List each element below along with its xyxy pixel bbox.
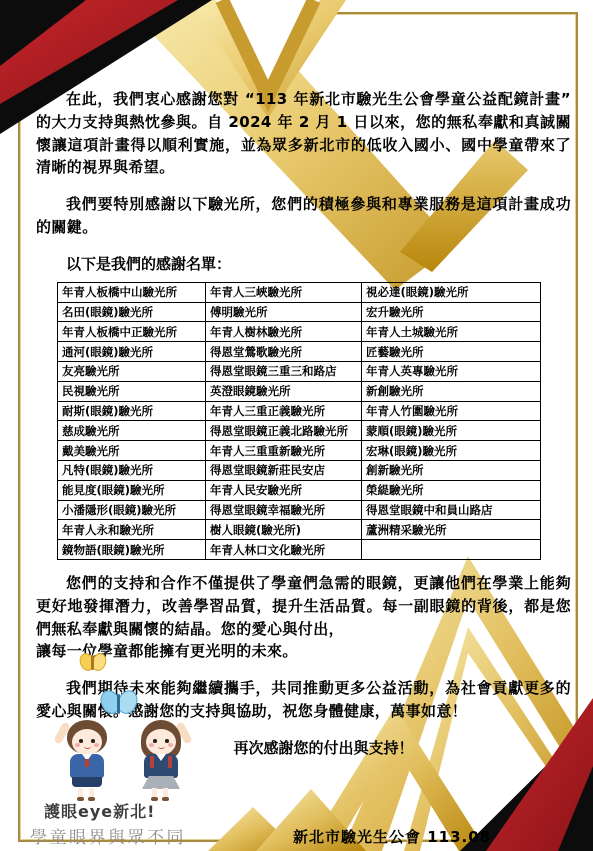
shop-name-cell: 英澄眼鏡驗光所 <box>206 381 362 401</box>
leg <box>78 788 83 797</box>
shop-name-cell: 年青人三重正義驗光所 <box>206 401 362 421</box>
shop-name-cell: 通河(眼鏡)驗光所 <box>58 342 206 362</box>
shop-name-cell: 匠藝驗光所 <box>362 342 541 362</box>
shop-name-cell: 年青人土城驗光所 <box>362 322 541 342</box>
shop-name-cell: 民視驗光所 <box>58 381 206 401</box>
collar <box>156 754 166 761</box>
backpack-strap <box>150 756 154 768</box>
blush <box>149 743 154 747</box>
girl-face <box>146 729 176 755</box>
shop-name-cell: 年青人林口文化驗光所 <box>206 540 362 560</box>
yellow-butterfly-icon <box>80 651 106 673</box>
boy-uniform <box>70 754 104 778</box>
shop-name-cell: 名田(眼鏡)驗光所 <box>58 302 206 322</box>
girl-uniform <box>144 754 178 778</box>
shop-name-cell: 得恩堂眼鏡正義北路驗光所 <box>206 421 362 441</box>
shop-name-cell: 戴美驗光所 <box>58 441 206 461</box>
thanks-list-intro: 以下是我們的感謝名單： <box>36 253 571 274</box>
paragraph-intro: 在此，我們衷心感謝您對 “113 年新北市驗光生公會學童公益配鏡計畫” 的大力支… <box>36 88 571 179</box>
association-signature: 新北市驗光生公會 113.08 <box>293 826 491 847</box>
shop-name-cell: 蘆洲精采驗光所 <box>362 520 541 540</box>
table-row: 友亮驗光所得恩堂眼鏡三重三和路店年青人英專驗光所 <box>58 361 541 381</box>
table-row: 通河(眼鏡)驗光所得恩堂鶯歌驗光所匠藝驗光所 <box>58 342 541 362</box>
mouth <box>158 744 165 749</box>
boy-shorts <box>72 777 102 787</box>
table-row: 年青人板橋中正驗光所年青人樹林驗光所年青人土城驗光所 <box>58 322 541 342</box>
shop-name-cell: 榮緹驗光所 <box>362 480 541 500</box>
shop-name-cell: 得恩堂眼鏡新莊民安店 <box>206 460 362 480</box>
table-row: 小潘隱形(眼鏡)驗光所得恩堂眼鏡幸福驗光所得恩堂眼鏡中和員山路店 <box>58 500 541 520</box>
shop-name-cell: 年青人板橋中山驗光所 <box>58 282 206 302</box>
shop-name-cell: 傅明驗光所 <box>206 302 362 322</box>
shop-name-cell: 年青人三重重新驗光所 <box>206 441 362 461</box>
shop-name-cell: 得恩堂眼鏡幸福驗光所 <box>206 500 362 520</box>
table-row: 民視驗光所英澄眼鏡驗光所新創驗光所 <box>58 381 541 401</box>
leg <box>152 788 157 797</box>
shop-name-cell: 小潘隱形(眼鏡)驗光所 <box>58 500 206 520</box>
shop-name-cell: 凡特(眼鏡)驗光所 <box>58 460 206 480</box>
table-row: 鏡物語(眼鏡)驗光所年青人林口文化驗光所 <box>58 540 541 560</box>
boy-face <box>72 729 102 755</box>
slogan-protect-eyes: 護眼eye新北! <box>44 799 155 822</box>
eye <box>165 739 169 743</box>
shop-name-cell: 慈成驗光所 <box>58 421 206 441</box>
shop-name-cell: 年青人永和驗光所 <box>58 520 206 540</box>
paragraph-support-cont: 讓每一位學童都能擁有更光明的未來。 <box>36 640 571 663</box>
shop-name-cell: 新創驗光所 <box>362 381 541 401</box>
shop-name-cell: 宏升驗光所 <box>362 302 541 322</box>
shop-name-cell: 年青人三峽驗光所 <box>206 282 362 302</box>
shop-name-cell: 耐斯(眼鏡)驗光所 <box>58 401 206 421</box>
table-row: 能見度(眼鏡)驗光所年青人民安驗光所榮緹驗光所 <box>58 480 541 500</box>
shop-name-cell: 得恩堂眼鏡三重三和路店 <box>206 361 362 381</box>
tie <box>85 759 89 767</box>
paragraph-support: 您們的支持和合作不僅提供了學童們急需的眼鏡，更讓他們在學業上能夠更好地發揮潛力，… <box>36 572 571 640</box>
blush <box>75 743 80 747</box>
butterfly-body <box>91 655 94 670</box>
leg <box>89 788 94 797</box>
shop-name-cell: 年青人民安驗光所 <box>206 480 362 500</box>
blue-butterfly-icon <box>101 688 137 718</box>
shop-name-cell: 年青人板橋中正驗光所 <box>58 322 206 342</box>
paragraph-special-thanks: 我們要特別感謝以下驗光所，您們的積極參與和專業服務是這項計畫成功的關鍵。 <box>36 193 571 239</box>
butterfly-body <box>117 694 120 714</box>
letter-body: 在此，我們衷心感謝您對 “113 年新北市驗光生公會學童公益配鏡計畫” 的大力支… <box>36 88 571 758</box>
shop-name-cell: 年青人竹圍驗光所 <box>362 401 541 421</box>
slogan-student-vision: 學童眼界與眾不同 <box>30 823 186 848</box>
shop-name-cell: 蒙順(眼鏡)驗光所 <box>362 421 541 441</box>
thanks-shops-table-body: 年青人板橋中山驗光所年青人三峽驗光所視必達(眼鏡)驗光所名田(眼鏡)驗光所傅明驗… <box>58 282 541 559</box>
eye <box>153 739 157 743</box>
eye <box>91 739 95 743</box>
shop-name-cell: 宏琳(眼鏡)驗光所 <box>362 441 541 461</box>
shop-name-cell: 鏡物語(眼鏡)驗光所 <box>58 540 206 560</box>
shop-name-cell: 得恩堂眼鏡中和員山路店 <box>362 500 541 520</box>
table-row: 名田(眼鏡)驗光所傅明驗光所宏升驗光所 <box>58 302 541 322</box>
leg <box>163 788 168 797</box>
shop-name-cell: 視必達(眼鏡)驗光所 <box>362 282 541 302</box>
table-row: 戴美驗光所年青人三重重新驗光所宏琳(眼鏡)驗光所 <box>58 441 541 461</box>
blush <box>168 743 173 747</box>
eye <box>79 739 83 743</box>
shop-name-cell: 得恩堂鶯歌驗光所 <box>206 342 362 362</box>
shoe <box>162 797 169 801</box>
shop-name-cell: 年青人樹林驗光所 <box>206 322 362 342</box>
table-row: 凡特(眼鏡)驗光所得恩堂眼鏡新莊民安店創新驗光所 <box>58 460 541 480</box>
shop-name-cell: 年青人英專驗光所 <box>362 361 541 381</box>
shop-name-cell: 樹人眼鏡(驗光所) <box>206 520 362 540</box>
shop-name-cell: 創新驗光所 <box>362 460 541 480</box>
shop-name-cell: 友亮驗光所 <box>58 361 206 381</box>
table-row: 年青人永和驗光所樹人眼鏡(驗光所)蘆洲精采驗光所 <box>58 520 541 540</box>
table-row: 慈成驗光所得恩堂眼鏡正義北路驗光所蒙順(眼鏡)驗光所 <box>58 421 541 441</box>
thanks-shops-table: 年青人板橋中山驗光所年青人三峽驗光所視必達(眼鏡)驗光所名田(眼鏡)驗光所傅明驗… <box>57 282 541 560</box>
table-row: 年青人板橋中山驗光所年青人三峽驗光所視必達(眼鏡)驗光所 <box>58 282 541 302</box>
table-row: 耐斯(眼鏡)驗光所年青人三重正義驗光所年青人竹圍驗光所 <box>58 401 541 421</box>
shop-name-cell <box>362 540 541 560</box>
backpack-strap <box>168 756 172 768</box>
blush <box>94 743 99 747</box>
shop-name-cell: 能見度(眼鏡)驗光所 <box>58 480 206 500</box>
mouth <box>84 744 91 749</box>
